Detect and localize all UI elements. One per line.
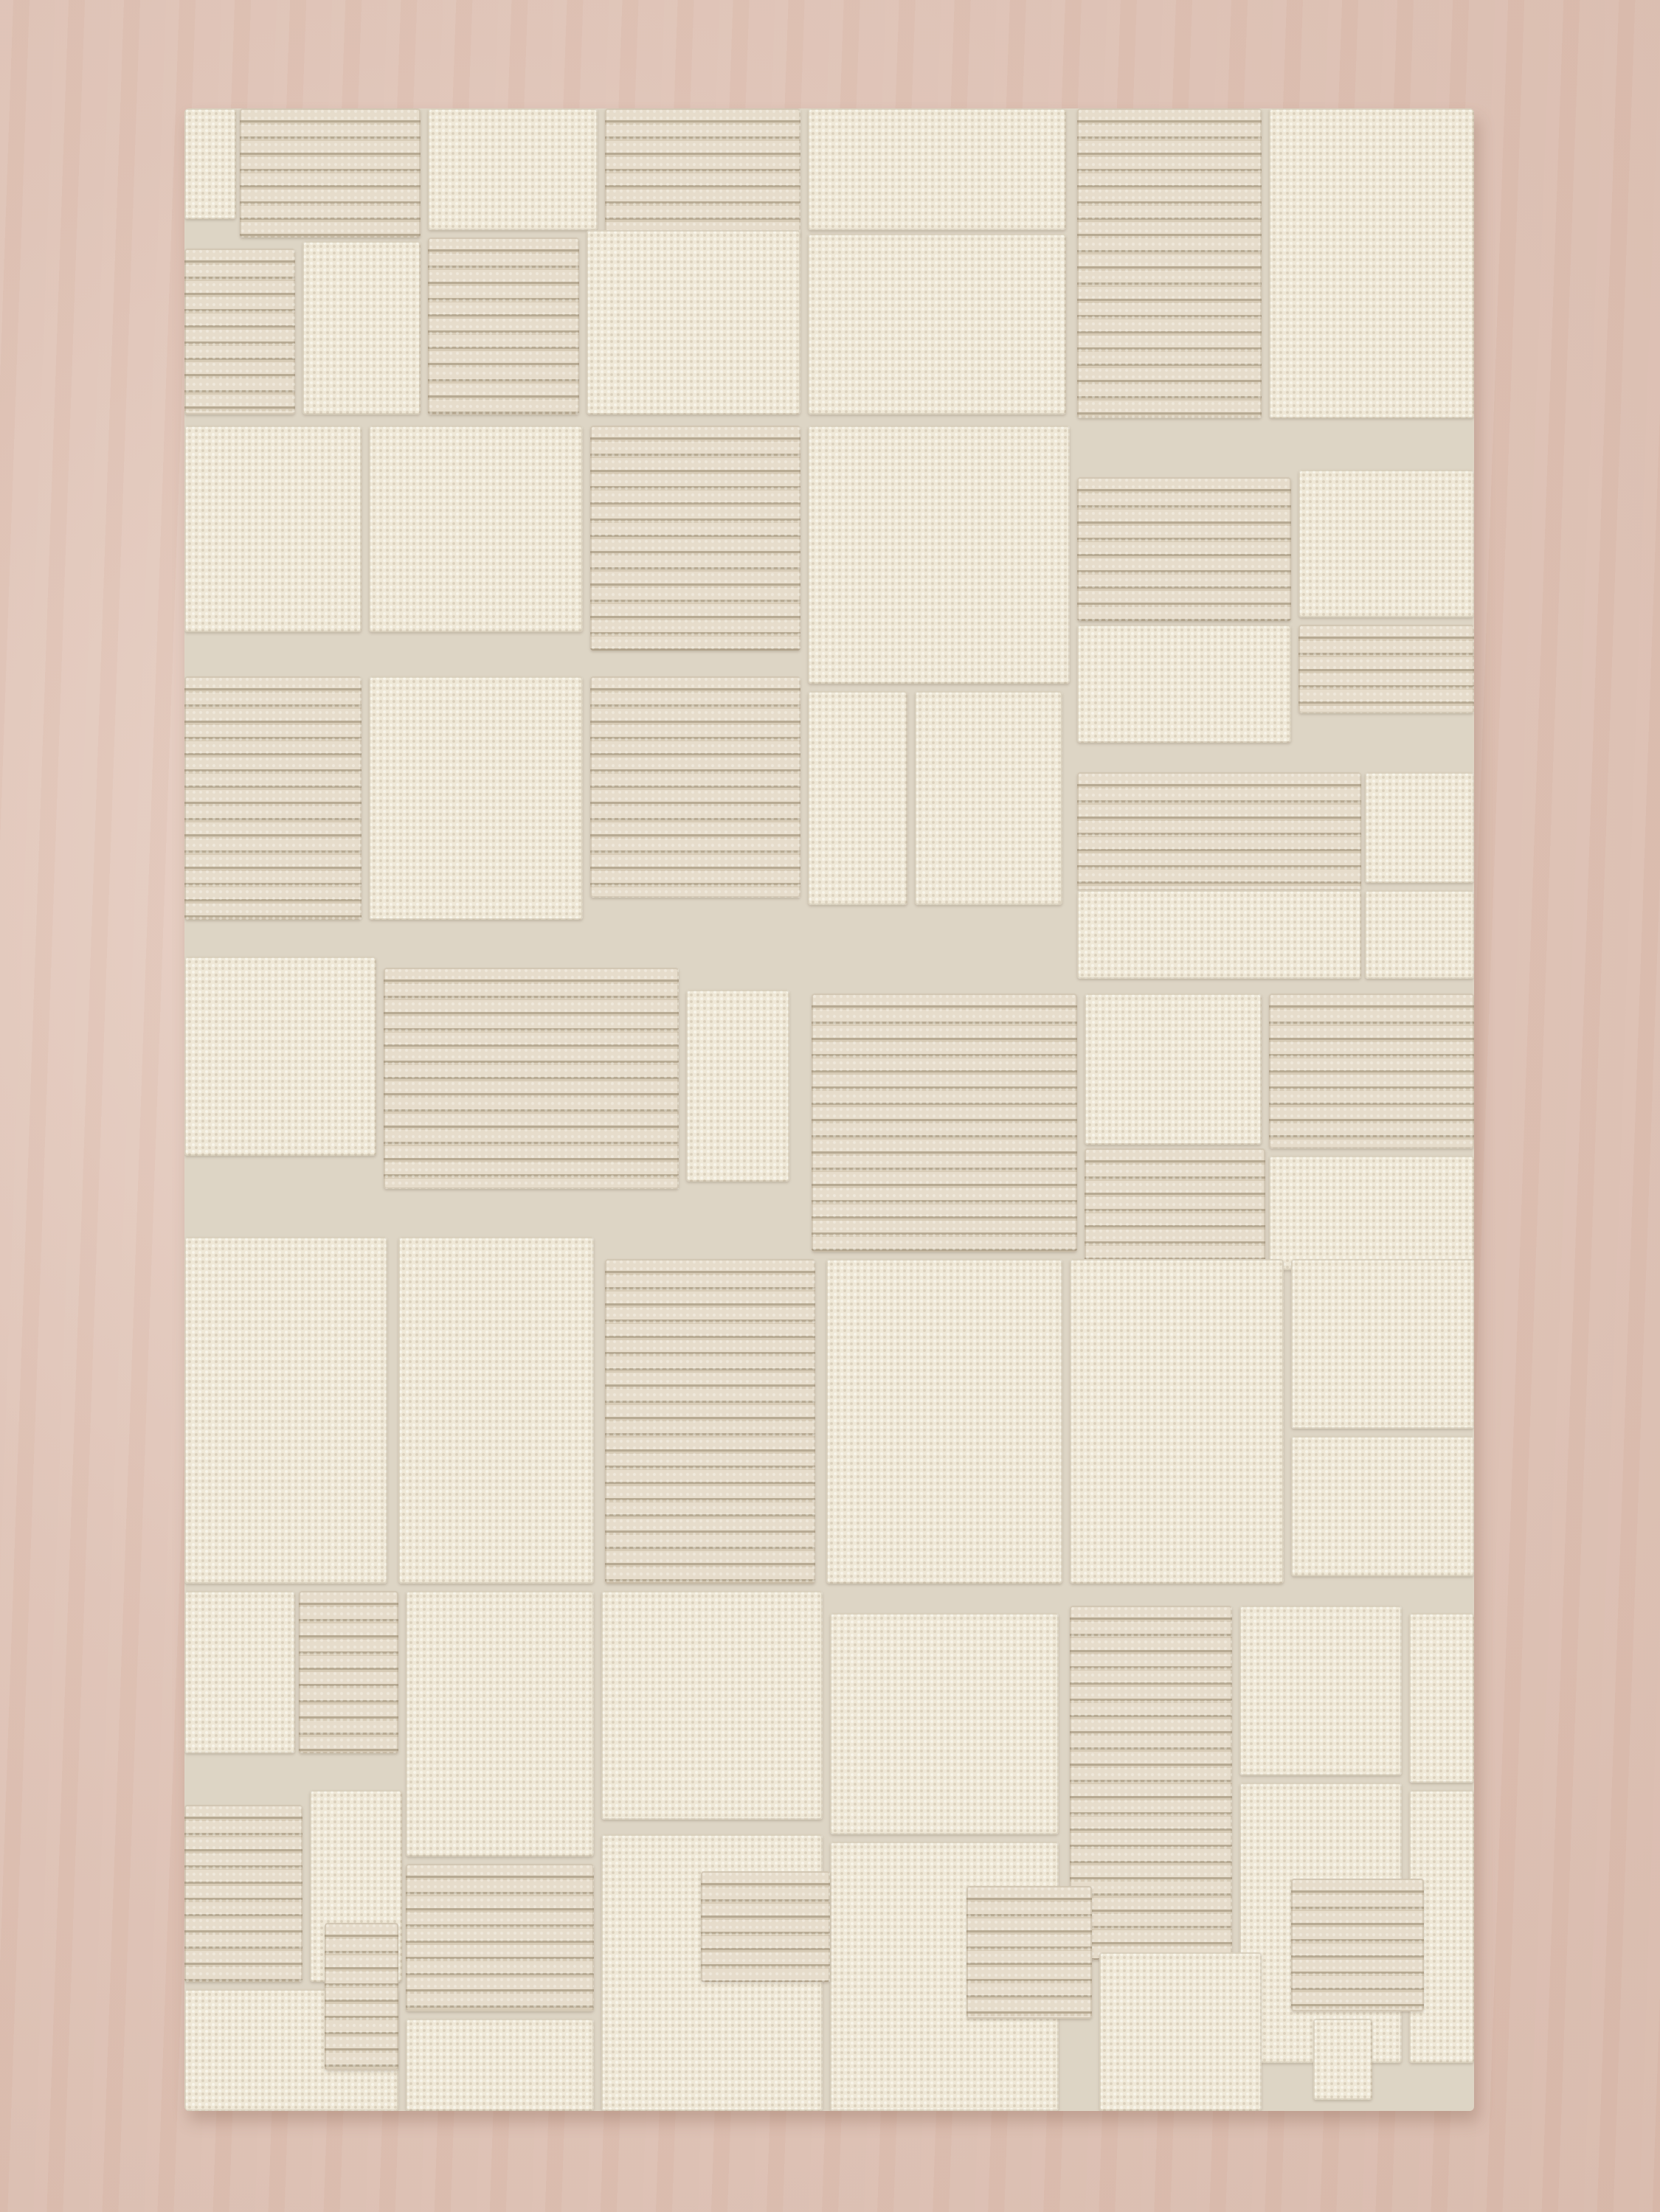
shag-pile-block [184, 108, 236, 219]
shag-pile-block [184, 1237, 387, 1584]
ribbed-pile-block [1077, 108, 1262, 418]
shag-pile-block [1269, 108, 1474, 418]
shag-pile-block [1077, 625, 1291, 743]
ribbed-pile-block [1269, 994, 1474, 1148]
ribbed-pile-block [1298, 625, 1474, 713]
ribbed-pile-block [184, 1805, 302, 1982]
ribbed-pile-block [1077, 772, 1361, 890]
ribbed-pile-block [966, 1886, 1092, 2019]
shag-pile-block [428, 108, 598, 230]
shag-pile-block [1365, 890, 1474, 979]
textured-rug [184, 108, 1474, 2111]
ribbed-pile-block [590, 426, 800, 651]
ribbed-pile-block [184, 676, 362, 920]
shag-pile-block [1313, 2019, 1372, 2100]
shag-pile-block [1099, 1952, 1262, 2111]
shag-pile-block [1365, 772, 1474, 883]
shag-pile-block [830, 1613, 1059, 1834]
ribbed-pile-block [1085, 1148, 1265, 1266]
shag-pile-block [406, 1591, 594, 1856]
ribbed-pile-block [384, 968, 679, 1189]
ribbed-pile-block [590, 676, 800, 898]
shag-pile-block [1239, 1606, 1402, 1775]
shag-pile-block [1409, 1613, 1474, 1783]
shag-pile-block [369, 676, 583, 920]
shag-pile-block [1291, 1436, 1474, 1576]
shag-pile-block [808, 691, 907, 905]
ribbed-pile-block [406, 1864, 594, 2011]
shag-pile-block [184, 957, 376, 1156]
ribbed-pile-block [240, 108, 421, 238]
ribbed-pile-block [184, 249, 295, 415]
shag-pile-block [686, 990, 789, 1182]
shag-pile-block [826, 1259, 1062, 1584]
ribbed-pile-block [605, 108, 800, 238]
shag-pile-block [1070, 1259, 1284, 1584]
shag-pile-block [184, 1591, 295, 1753]
shag-pile-block [184, 426, 362, 632]
shag-pile-block [601, 1591, 823, 1820]
ribbed-pile-block [1070, 1606, 1232, 1960]
shag-pile-block [808, 108, 1066, 230]
ribbed-pile-block [299, 1591, 398, 1753]
shag-pile-block [587, 230, 800, 415]
ribbed-pile-block [1077, 477, 1291, 621]
shag-pile-block [369, 426, 583, 632]
shag-pile-block [1298, 470, 1474, 617]
shag-pile-block [302, 241, 421, 415]
ribbed-pile-block [1291, 1879, 1424, 2011]
shag-pile-block [808, 234, 1066, 415]
ribbed-pile-block [428, 238, 579, 415]
shag-pile-block [1291, 1259, 1474, 1429]
shag-pile-block [398, 1237, 594, 1584]
ribbed-pile-block [605, 1259, 815, 1584]
ribbed-pile-block [701, 1871, 830, 1982]
shag-pile-block [1085, 994, 1262, 1145]
shag-pile-block [808, 426, 1070, 684]
ribbed-pile-block [812, 994, 1077, 1252]
shag-pile-block [1269, 1156, 1474, 1270]
ribbed-pile-block [325, 1923, 398, 2070]
shag-pile-block [1077, 890, 1361, 979]
shag-pile-block [915, 691, 1062, 905]
shag-pile-block [406, 2019, 594, 2111]
